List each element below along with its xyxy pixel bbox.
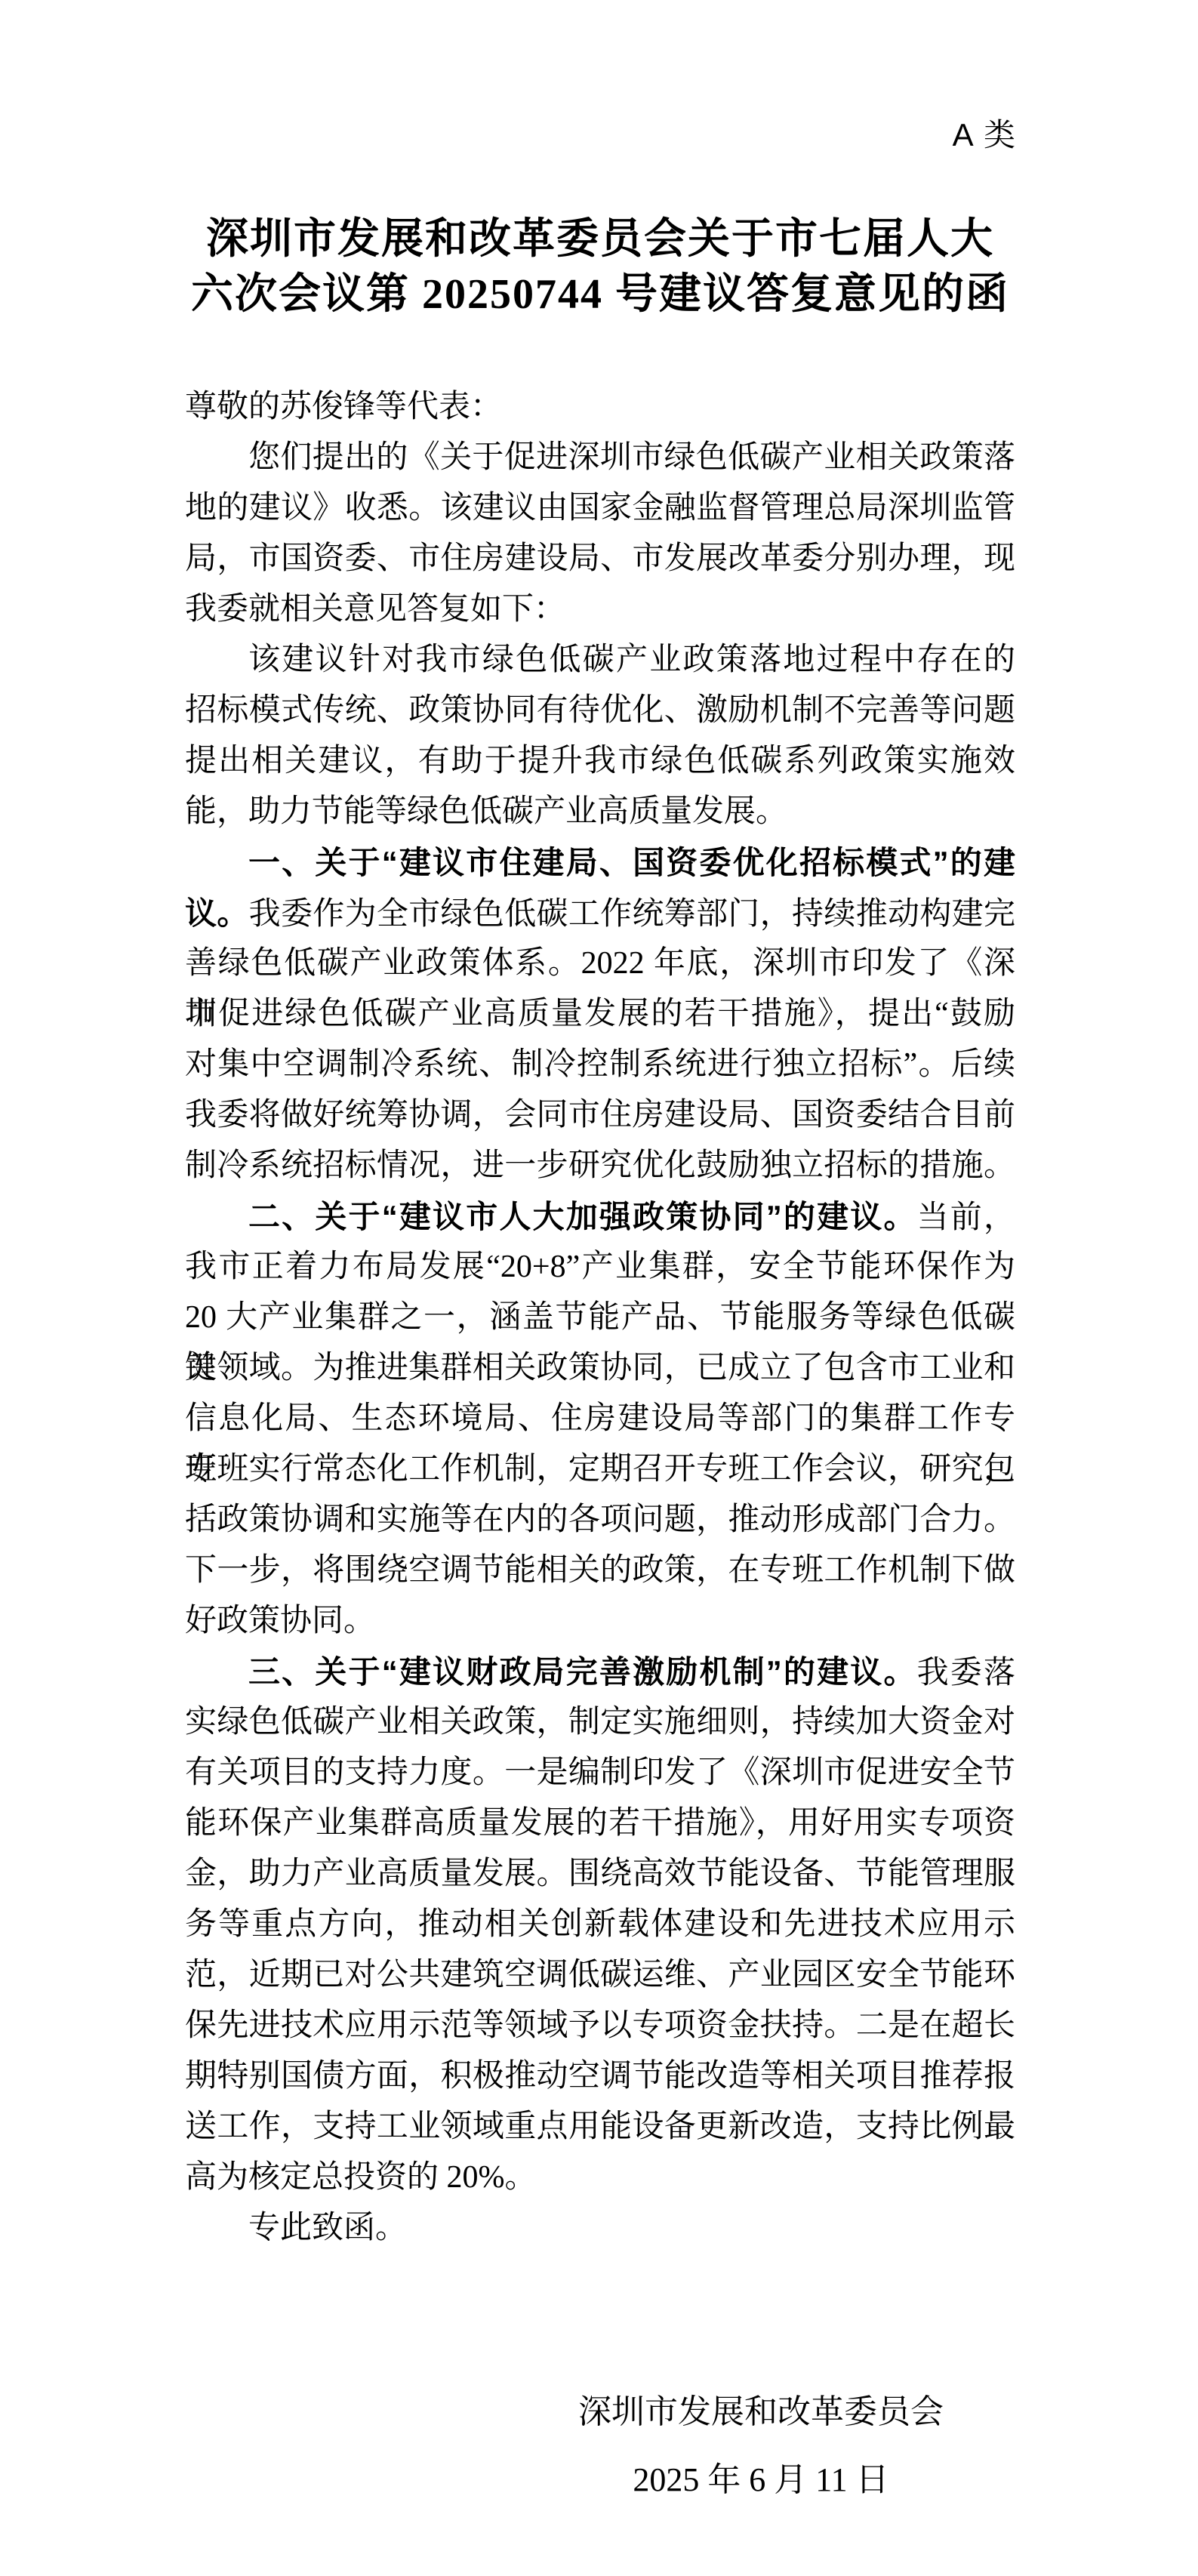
body-text: 专班实行常态化工作机制，定期召开专班工作会议，研究包: [185, 1452, 1015, 1487]
body-line: 键领域。为推进集群相关政策协同，已成立了包含市工业和: [185, 1343, 1015, 1394]
body-text: 对集中空调制冷系统、制冷控制系统进行独立招标”。后续: [185, 1047, 1015, 1082]
classification-label: A 类: [953, 116, 1017, 154]
body-line: 好政策协同。: [185, 1596, 1015, 1647]
body-line: 下一步，将围绕空调节能相关的政策，在专班工作机制下做: [185, 1545, 1015, 1596]
body-line: 议。我委作为全市绿色低碳工作统筹部门，持续推动构建完: [185, 888, 1015, 938]
body-line: 地的建议》收悉。该建议由国家金融监督管理总局深圳监管: [185, 483, 1015, 534]
body-line: 专班实行常态化工作机制，定期召开专班工作会议，研究包: [185, 1444, 1015, 1495]
body-text: 下一步，将围绕空调节能相关的政策，在专班工作机制下做: [185, 1553, 1015, 1588]
body-line: 能，助力节能等绿色低碳产业高质量发展。: [185, 787, 1015, 837]
body-line: 局，市国资委、市住房建设局、市发展改革委分别办理，现: [185, 534, 1015, 584]
body-line: 市促进绿色低碳产业高质量发展的若干措施》，提出“鼓励: [185, 989, 1015, 1040]
body-line: 期特别国债方面，积极推动空调节能改造等相关项目推荐报: [185, 2051, 1015, 2102]
body-line: 有关项目的支持力度。一是编制印发了《深圳市促进安全节: [185, 1748, 1015, 1798]
body-line: 二、关于“建议市人大加强政策协同”的建议。当前，: [185, 1191, 1015, 1242]
body-text: 局，市国资委、市住房建设局、市发展改革委分别办理，现: [185, 541, 1015, 576]
body-text: 专此致函。: [248, 2211, 407, 2245]
body-line: 我委将做好统筹协调，会同市住房建设局、国资委结合目前: [185, 1090, 1015, 1141]
body-text: 能，助力节能等绿色低碳产业高质量发展。: [185, 794, 787, 829]
body-line: 20 大产业集群之一，涵盖节能产品、节能服务等绿色低碳关: [185, 1293, 1015, 1343]
body-text: 好政策协同。: [185, 1604, 375, 1638]
body-line: 提出相关建议，有助于提升我市绿色低碳系列政策实施效: [185, 736, 1015, 787]
body-line: 保先进技术应用示范等领域予以专项资金扶持。二是在超长: [185, 2001, 1015, 2051]
body-line: 善绿色低碳产业政策体系。2022 年底，深圳市印发了《深圳: [185, 938, 1015, 989]
body-line: 实绿色低碳产业相关政策，制定实施细则，持续加大资金对: [185, 1697, 1015, 1748]
body-text: 括政策协调和实施等在内的各项问题，推动形成部门合力。: [185, 1502, 1015, 1537]
body-text: 保先进技术应用示范等领域予以专项资金扶持。二是在超长: [185, 2008, 1015, 2043]
body-line: 我市正着力布局发展“20+8”产业集群，安全节能环保作为: [185, 1242, 1015, 1293]
body-text: 能环保产业集群高质量发展的若干措施》，用好用实专项资: [185, 1806, 1015, 1841]
document-page: A 类 深圳市发展和改革委员会关于市七届人大 六次会议第 20250744 号建…: [0, 0, 1198, 2576]
body-line: 务等重点方向，推动相关创新载体建设和先进技术应用示: [185, 1900, 1015, 1950]
body-text: 该建议针对我市绿色低碳产业政策落地过程中存在的: [248, 642, 1015, 677]
signature-block: 深圳市发展和改革委员会 2025 年 6 月 11 日: [546, 2378, 976, 2514]
body-text: 尊敬的苏俊锋等代表：: [185, 390, 502, 424]
body-lines: 尊敬的苏俊锋等代表：您们提出的《关于促进深圳市绿色低碳产业相关政策落地的建议》收…: [185, 382, 1015, 2254]
body-text: 您们提出的《关于促进深圳市绿色低碳产业相关政策落: [248, 440, 1015, 475]
body-text: 期特别国债方面，积极推动空调节能改造等相关项目推荐报: [185, 2059, 1015, 2094]
signature-date: 2025 年 6 月 11 日: [546, 2446, 976, 2514]
body-line: 信息化局、生态环境局、住房建设局等部门的集群工作专班，: [185, 1394, 1015, 1444]
body-line: 尊敬的苏俊锋等代表：: [185, 382, 1015, 433]
body-text: 我委落: [917, 1656, 1015, 1690]
signature-org: 深圳市发展和改革委员会: [546, 2378, 976, 2446]
body-text: 务等重点方向，推动相关创新载体建设和先进技术应用示: [185, 1907, 1015, 1942]
body-text: 有关项目的支持力度。一是编制印发了《深圳市促进安全节: [185, 1755, 1015, 1790]
body-text: 我市正着力布局发展“20+8”产业集群，安全节能环保作为: [185, 1249, 1015, 1284]
body-line: 三、关于“建议财政局完善激励机制”的建议。我委落: [185, 1647, 1015, 1697]
body-text: 我委将做好统筹协调，会同市住房建设局、国资委结合目前: [185, 1098, 1015, 1132]
body-text: 我委作为全市绿色低碳工作统筹部门，持续推动构建完: [249, 897, 1015, 932]
body-line: 招标模式传统、政策协同有待优化、激励机制不完善等问题: [185, 686, 1015, 736]
body-text: 当前，: [917, 1200, 1015, 1235]
body-line: 该建议针对我市绿色低碳产业政策落地过程中存在的: [185, 635, 1015, 686]
body-text: 范，近期已对公共建筑空调低碳运维、产业园区安全节能环: [185, 1958, 1015, 1992]
title-line-2: 六次会议第 20250744 号建议答复意见的函: [181, 267, 1019, 322]
body-text: 市促进绿色低碳产业高质量发展的若干措施》，提出“鼓励: [185, 997, 1015, 1031]
body-text: 键领域。为推进集群相关政策协同，已成立了包含市工业和: [185, 1351, 1015, 1385]
heading-text: 一、关于“建议市住建局、国资委优化招标模式”的建: [248, 845, 1015, 880]
body-text: 实绿色低碳产业相关政策，制定实施细则，持续加大资金对: [185, 1705, 1015, 1739]
heading-text: 二、关于“建议市人大加强政策协同”的建议。: [248, 1199, 917, 1234]
body-text: 送工作，支持工业领域重点用能设备更新改造，支持比例最: [185, 2109, 1015, 2144]
body-line: 送工作，支持工业领域重点用能设备更新改造，支持比例最: [185, 2102, 1015, 2152]
document-title: 深圳市发展和改革委员会关于市七届人大 六次会议第 20250744 号建议答复意…: [181, 212, 1019, 322]
title-line-1: 深圳市发展和改革委员会关于市七届人大: [181, 212, 1019, 267]
body-line: 括政策协调和实施等在内的各项问题，推动形成部门合力。: [185, 1495, 1015, 1545]
heading-text: 议。: [185, 895, 249, 931]
body-line: 专此致函。: [185, 2203, 1015, 2254]
body-text: 高为核定总投资的 20%。: [185, 2160, 537, 2195]
body-line: 高为核定总投资的 20%。: [185, 2152, 1015, 2203]
body-line: 能环保产业集群高质量发展的若干措施》，用好用实专项资: [185, 1798, 1015, 1849]
body-text: 制冷系统招标情况，进一步研究优化鼓励独立招标的措施。: [185, 1148, 1015, 1183]
body-text: 金，助力产业高质量发展。围绕高效节能设备、节能管理服: [185, 1857, 1015, 1891]
body-text: 我委就相关意见答复如下：: [185, 592, 565, 627]
body-line: 范，近期已对公共建筑空调低碳运维、产业园区安全节能环: [185, 1950, 1015, 2001]
body-line: 对集中空调制冷系统、制冷控制系统进行独立招标”。后续: [185, 1040, 1015, 1090]
body-line: 我委就相关意见答复如下：: [185, 584, 1015, 635]
body-line: 制冷系统招标情况，进一步研究优化鼓励独立招标的措施。: [185, 1141, 1015, 1191]
body-line: 金，助力产业高质量发展。围绕高效节能设备、节能管理服: [185, 1849, 1015, 1900]
body-text: 招标模式传统、政策协同有待优化、激励机制不完善等问题: [185, 693, 1015, 728]
body-line: 您们提出的《关于促进深圳市绿色低碳产业相关政策落: [185, 433, 1015, 483]
body-text: 地的建议》收悉。该建议由国家金融监督管理总局深圳监管: [185, 491, 1015, 525]
body-text: 提出相关建议，有助于提升我市绿色低碳系列政策实施效: [185, 744, 1015, 778]
heading-text: 三、关于“建议财政局完善激励机制”的建议。: [248, 1654, 917, 1690]
body-line: 一、关于“建议市住建局、国资委优化招标模式”的建: [185, 837, 1015, 888]
